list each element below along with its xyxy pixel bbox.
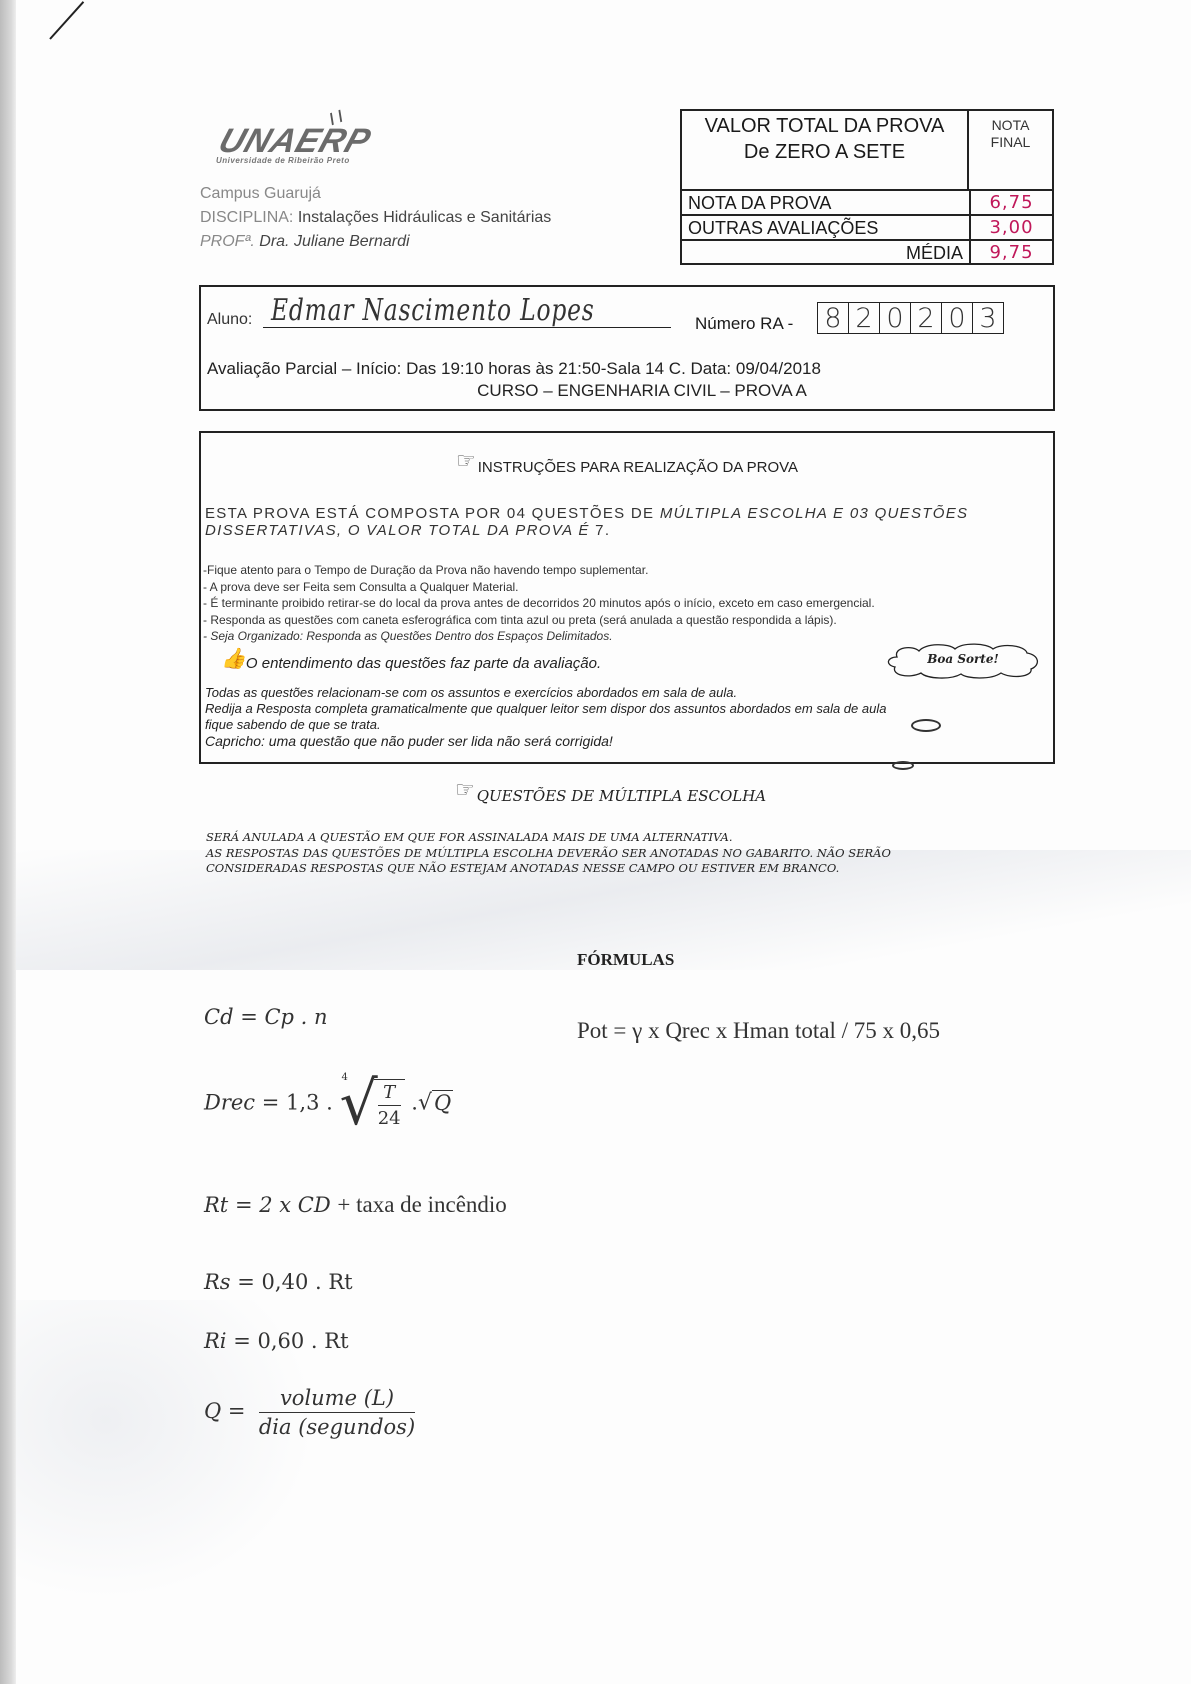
rule-item: - A prova deve ser Feita sem Consulta a …: [203, 579, 875, 596]
closing-notes: Todas as questões relacionam-se com os a…: [205, 685, 886, 749]
grade-row-outras: OUTRAS AVALIAÇÕES 3,00: [682, 214, 1052, 239]
understanding-note: 👍O entendimento das questões faz parte d…: [221, 646, 601, 672]
formula-ri: Ri = 0,60 . Rt: [204, 1329, 349, 1353]
ra-digit: 2: [849, 303, 880, 333]
multiple-choice-notes: SERÁ ANULADA A QUESTÃO EM QUE FOR ASSINA…: [206, 830, 891, 877]
student-info-box: Aluno: Edmar Nascimento Lopes Número RA …: [199, 285, 1055, 411]
oval-mark: [892, 761, 914, 770]
rule-item: - Responda as questões com caneta esfero…: [203, 612, 875, 629]
student-name-underline: [263, 327, 671, 328]
multiple-choice-title: ☞QUESTÕES DE MÚLTIPLA ESCOLHA: [455, 778, 766, 805]
grade-value: 3,00: [969, 216, 1052, 239]
formula-q: Q = volume (L)dia (segundos): [204, 1386, 415, 1439]
rule-item: - É terminante proibido retirar-se do lo…: [203, 595, 875, 612]
grade-value: 6,75: [969, 191, 1052, 214]
instructions-title: ☞INSTRUÇÕES PARA REALIZAÇÃO DA PROVA: [201, 449, 1053, 476]
professor-label: PROFª.: [200, 233, 255, 250]
final-grade-label: NOTA FINAL: [969, 111, 1052, 195]
formula-rs: Rs = 0,40 . Rt: [204, 1270, 353, 1294]
grade-label: MÉDIA: [688, 243, 963, 264]
ra-digit: 0: [942, 303, 973, 333]
grades-title: VALOR TOTAL DA PROVA De ZERO A SETE: [682, 111, 969, 189]
oval-mark: [911, 719, 941, 732]
grades-table: VALOR TOTAL DA PROVA De ZERO A SETE NOTA…: [680, 109, 1054, 265]
ra-number-field[interactable]: 8 2 0 2 0 3: [817, 302, 1004, 334]
formula-drec: Drec = 1,3 . 4 √T24 .√Q: [204, 1074, 453, 1134]
rule-item: - Seja Organizado: Responda as Questões …: [203, 628, 875, 645]
logo-subtitle: Universidade de Ribeirão Preto: [216, 156, 350, 165]
thumbs-up-icon: 👍: [221, 646, 246, 670]
grade-row-prova: NOTA DA PROVA 6,75: [682, 189, 1052, 214]
course-header: Campus Guarujá DISCIPLINA: Instalações H…: [200, 182, 551, 254]
university-logo: / / UNAERP Universidade de Ribeirão Pret…: [212, 110, 462, 165]
formula-pot: Pot = γ x Qrec x Hman total / 75 x 0,65: [577, 1018, 940, 1044]
fourth-root: 4 √T24: [339, 1074, 404, 1134]
grade-label: NOTA DA PROVA: [688, 193, 963, 214]
good-luck-cloud: Boa Sorte!: [883, 643, 1043, 679]
course-name: CURSO – ENGENHARIA CIVIL – PROVA A: [201, 381, 1053, 401]
disciplina-label: DISCIPLINA:: [200, 209, 293, 226]
formulas-title: FÓRMULAS: [577, 950, 674, 970]
pointing-hand-icon: ☞: [456, 449, 476, 474]
student-name-field[interactable]: Edmar Nascimento Lopes: [271, 293, 595, 328]
ra-digit: 0: [880, 303, 911, 333]
formula-rt: Rt = 2 x CD + taxa de incêndio: [204, 1192, 507, 1218]
grade-row-media: MÉDIA 9,75: [682, 239, 1052, 264]
formula-cd: Cd = Cp . n: [204, 1005, 328, 1029]
pen-mark: [49, 1, 84, 39]
ra-label: Número RA -: [695, 314, 793, 334]
instructions-intro: ESTA PROVA ESTÁ COMPOSTA POR 04 QUESTÕES…: [205, 505, 1015, 539]
disciplina: Instalações Hidráulicas e Sanitárias: [298, 209, 551, 226]
grade-value: 9,75: [969, 241, 1052, 264]
professor: Dra. Juliane Bernardi: [259, 233, 409, 250]
student-name-label: Aluno:: [207, 311, 252, 329]
scan-page-edge: [0, 0, 16, 1684]
exam-schedule: Avaliação Parcial – Início: Das 19:10 ho…: [207, 359, 821, 379]
instructions-box: ☞INSTRUÇÕES PARA REALIZAÇÃO DA PROVA EST…: [199, 431, 1055, 764]
ra-digit: 3: [973, 303, 1003, 333]
ra-digit: 2: [911, 303, 942, 333]
campus: Campus Guarujá: [200, 182, 551, 206]
ra-digit: 8: [818, 303, 849, 333]
rule-item: -Fique atento para o Tempo de Duração da…: [203, 562, 875, 579]
pointing-hand-icon: ☞: [455, 778, 475, 803]
grade-label: OUTRAS AVALIAÇÕES: [688, 218, 963, 239]
rules-list: -Fique atento para o Tempo de Duração da…: [203, 562, 875, 645]
